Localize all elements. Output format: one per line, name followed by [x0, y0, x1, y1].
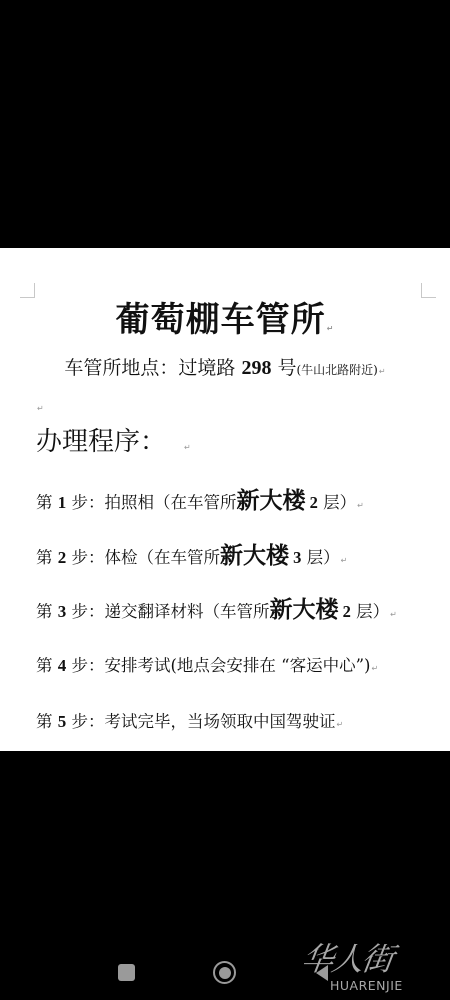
- document-title: 葡萄棚车管所↵: [0, 300, 450, 349]
- margin-corner-top-left: [20, 283, 35, 298]
- step-building: 新大楼: [270, 597, 339, 623]
- home-circle-icon[interactable]: [213, 961, 236, 984]
- watermark-logo: 华人街 HUARENJIE: [300, 934, 445, 996]
- document-page[interactable]: 葡萄棚车管所↵ 车管所地点：过境路 298 号(牛山北路附近)↵ ↵ 办理程序：…: [0, 248, 450, 751]
- step-text: 步：递交翻译材料（车管所: [66, 602, 269, 621]
- address-line: 车管所地点：过境路 298 号(牛山北路附近)↵: [0, 356, 450, 384]
- step-text: 步：体检（在车管所: [66, 548, 220, 567]
- step-prefix: 第: [36, 602, 58, 621]
- step-floor: 2: [339, 602, 351, 621]
- step-number: 4: [58, 656, 67, 675]
- step-text: 步：拍照相（在车管所: [66, 493, 236, 512]
- step-number: 2: [58, 548, 67, 567]
- step-5: 第 5 步：考试完毕，当场领取中国驾驶证↵: [36, 707, 343, 740]
- paragraph-mark-icon: ↵: [337, 720, 344, 729]
- step-end: 层）: [351, 602, 389, 621]
- step-building: 新大楼: [220, 543, 289, 569]
- step-text: 步：考试完毕，当场领取中国驾驶证: [66, 712, 335, 731]
- step-text: 步：安排考试(地点会安排在 “客运中心”): [66, 656, 370, 675]
- paragraph-mark-icon: ↵: [357, 501, 364, 510]
- address-note: (牛山北路附近): [297, 363, 378, 377]
- step-2: 第 2 步：体检（在车管所新大楼 3 层）↵: [36, 541, 347, 576]
- address-number: 298: [241, 357, 271, 379]
- step-3: 第 3 步：递交翻译材料（车管所新大楼 2 层）↵: [36, 595, 397, 630]
- paragraph-mark-icon: ↵: [327, 324, 335, 333]
- step-floor: 3: [289, 548, 301, 567]
- paragraph-mark-icon: ↵: [372, 664, 379, 673]
- step-number: 5: [58, 712, 67, 731]
- step-prefix: 第: [36, 493, 58, 512]
- paragraph-mark-icon: ↵: [184, 443, 191, 452]
- step-prefix: 第: [36, 712, 58, 731]
- title-text: 葡萄棚车管所: [116, 300, 326, 340]
- watermark-chinese: 华人街: [299, 934, 395, 980]
- address-suffix: 号: [271, 357, 296, 379]
- empty-paragraph: ↵: [36, 396, 44, 415]
- step-4: 第 4 步：安排考试(地点会安排在 “客运中心”)↵: [36, 651, 378, 684]
- step-prefix: 第: [36, 656, 58, 675]
- section-heading-text: 办理程序：: [36, 427, 166, 457]
- paragraph-mark-icon: ↵: [390, 610, 397, 619]
- step-prefix: 第: [36, 548, 58, 567]
- step-end: 层）: [318, 493, 356, 512]
- recents-square-icon[interactable]: [118, 964, 135, 981]
- margin-corner-top-right: [421, 283, 436, 298]
- paragraph-mark-icon: ↵: [341, 556, 348, 565]
- step-1: 第 1 步：拍照相（在车管所新大楼 2 层）↵: [36, 486, 364, 521]
- paragraph-mark-icon: ↵: [37, 404, 44, 413]
- address-label: 车管所地点：过境路: [64, 357, 241, 379]
- watermark-english: HUARENJIE: [330, 978, 403, 993]
- step-floor: 2: [306, 493, 318, 512]
- step-end: 层）: [301, 548, 339, 567]
- step-building: 新大楼: [237, 488, 306, 514]
- section-heading: 办理程序：↵: [36, 426, 191, 464]
- step-number: 3: [58, 602, 67, 621]
- paragraph-mark-icon: ↵: [379, 367, 386, 376]
- top-black-area: [0, 0, 450, 248]
- step-number: 1: [58, 493, 67, 512]
